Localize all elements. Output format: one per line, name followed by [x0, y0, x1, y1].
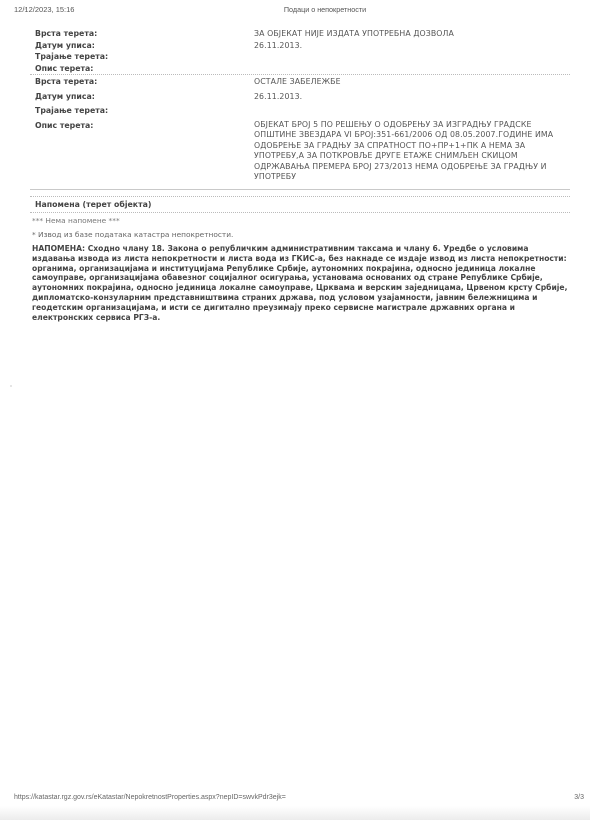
extract-note: * Извод из базе података катастра непокр…	[30, 226, 570, 240]
field-label: Трајање терета:	[30, 105, 254, 117]
note-section-title: Напомена (терет објекта)	[30, 197, 570, 212]
field-label: Опис терета:	[30, 120, 254, 184]
document-body: Врста терета: ЗА ОБЈЕКАТ НИЈЕ ИЗДАТА УПО…	[30, 18, 570, 322]
field-value	[254, 105, 570, 117]
field-value	[254, 51, 570, 63]
field-label: Врста терета:	[30, 76, 254, 88]
field-row: Опис терета: ОБЈЕКАТ БРОЈ 5 ПО РЕШЕЊУ О …	[30, 120, 570, 190]
field-row: Врста терета: ОСТАЛЕ ЗАБЕЛЕЖБЕ	[30, 76, 570, 88]
field-label: Врста терета:	[30, 28, 254, 40]
encumbrance-block: Врста терета: ЗА ОБЈЕКАТ НИЈЕ ИЗДАТА УПО…	[30, 28, 570, 74]
field-row: Трајање терета:	[30, 51, 570, 63]
encumbrance-block: Врста терета: ОСТАЛЕ ЗАБЕЛЕЖБЕ Датум упи…	[30, 75, 570, 189]
scan-speck	[10, 385, 12, 387]
scan-edge	[0, 806, 590, 820]
field-value: ОСТАЛЕ ЗАБЕЛЕЖБЕ	[254, 76, 570, 88]
note-empty-text: *** Нема напомене ***	[30, 213, 570, 226]
field-value: ОБЈЕКАТ БРОЈ 5 ПО РЕШЕЊУ О ОДОБРЕЊУ ЗА И…	[254, 120, 570, 184]
page-url: https://katastar.rgz.gov.rs/eKatastar/Ne…	[14, 794, 286, 801]
field-value: 26.11.2013.	[254, 40, 570, 52]
page-title: Подаци о непокретности	[0, 5, 590, 14]
field-row: Датум уписа: 26.11.2013.	[30, 91, 570, 103]
field-value: ЗА ОБЈЕКАТ НИЈЕ ИЗДАТА УПОТРЕБНА ДОЗВОЛА	[254, 28, 570, 40]
legal-notice: НАПОМЕНА: Сходно члану 18. Закона о репу…	[30, 240, 572, 322]
field-label: Датум уписа:	[30, 40, 254, 52]
field-label: Трајање терета:	[30, 51, 254, 63]
field-label: Опис терета:	[30, 63, 254, 75]
page-number: 3/3	[574, 794, 584, 801]
field-row: Опис терета:	[30, 63, 570, 75]
field-value	[254, 63, 570, 75]
field-row: Трајање терета:	[30, 105, 570, 117]
field-label: Датум уписа:	[30, 91, 254, 103]
field-row: Датум уписа: 26.11.2013.	[30, 40, 570, 52]
field-row: Врста терета: ЗА ОБЈЕКАТ НИЈЕ ИЗДАТА УПО…	[30, 28, 570, 40]
field-value: 26.11.2013.	[254, 91, 570, 103]
